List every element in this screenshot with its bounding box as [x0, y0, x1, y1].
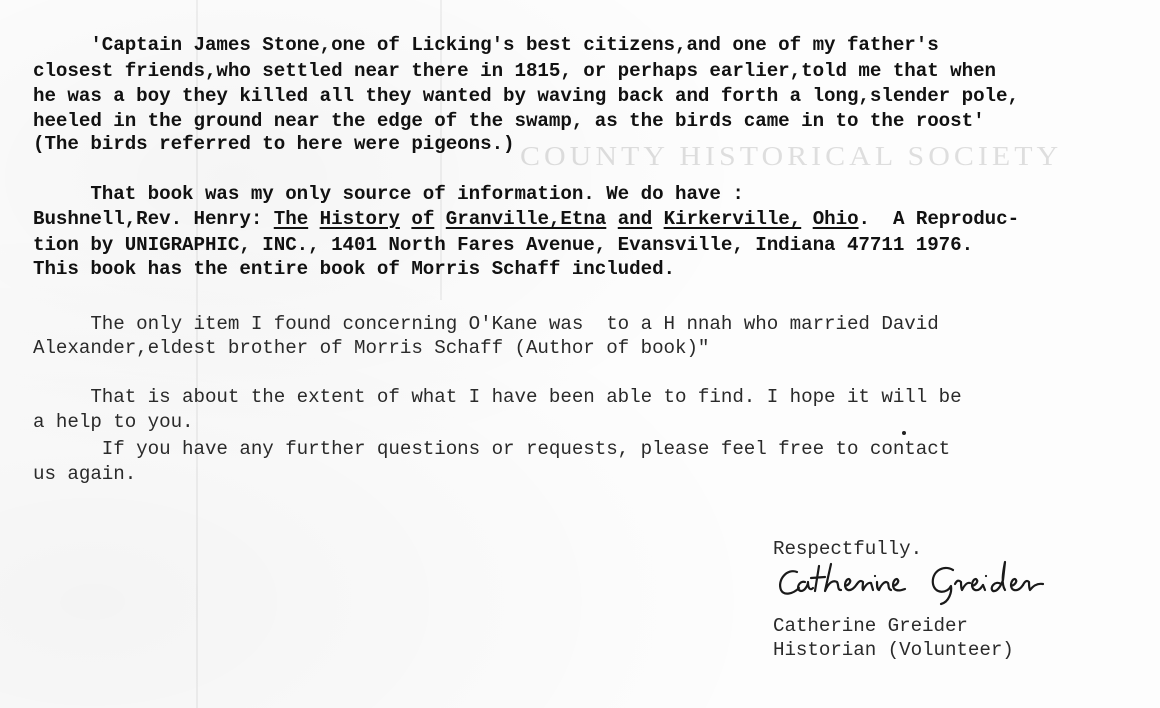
- text-line: heeled in the ground near the edge of th…: [33, 109, 985, 133]
- text-line: (The birds referred to here were pigeons…: [33, 132, 515, 156]
- book-title-word: Granville,Etna: [446, 208, 607, 230]
- citation-author: Bushnell,Rev. Henry:: [33, 208, 274, 230]
- book-title-word: and: [618, 208, 652, 230]
- text-line: This book has the entire book of Morris …: [33, 257, 675, 281]
- book-title-word: The: [274, 208, 308, 230]
- text-line: tion by UNIGRAPHIC, INC., 1401 North Far…: [33, 233, 973, 257]
- text-line: That is about the extent of what I have …: [33, 385, 962, 409]
- text-line: That book was my only source of informat…: [33, 182, 744, 206]
- citation-tail: . A Reproduc-: [859, 208, 1020, 230]
- citation-line: Bushnell,Rev. Henry: The History of Gran…: [33, 207, 1019, 231]
- text-line: 'Captain James Stone,one of Licking's be…: [33, 33, 939, 57]
- text-line: he was a boy they killed all they wanted…: [33, 84, 1019, 108]
- text-line: a help to you.: [33, 410, 194, 434]
- handwritten-signature: [775, 558, 1065, 608]
- letter-page: COUNTY HISTORICAL SOCIETY 'Captain James…: [0, 0, 1160, 708]
- text-line: If you have any further questions or req…: [33, 437, 950, 461]
- background-stamp: COUNTY HISTORICAL SOCIETY: [520, 142, 1062, 173]
- text-line: The only item I found concerning O'Kane …: [33, 312, 939, 336]
- book-title-word: Ohio: [813, 208, 859, 230]
- text-line: closest friends,who settled near there i…: [33, 59, 996, 83]
- text-line: Alexander,eldest brother of Morris Schaf…: [33, 336, 709, 360]
- book-title-word: History: [320, 208, 400, 230]
- book-title-word: Kirkerville,: [664, 208, 802, 230]
- text-line: us again.: [33, 462, 136, 486]
- ink-speck: [902, 431, 906, 435]
- book-title-word: of: [411, 208, 434, 230]
- signer-title: Historian (Volunteer): [773, 638, 1014, 662]
- signer-name: Catherine Greider: [773, 614, 968, 638]
